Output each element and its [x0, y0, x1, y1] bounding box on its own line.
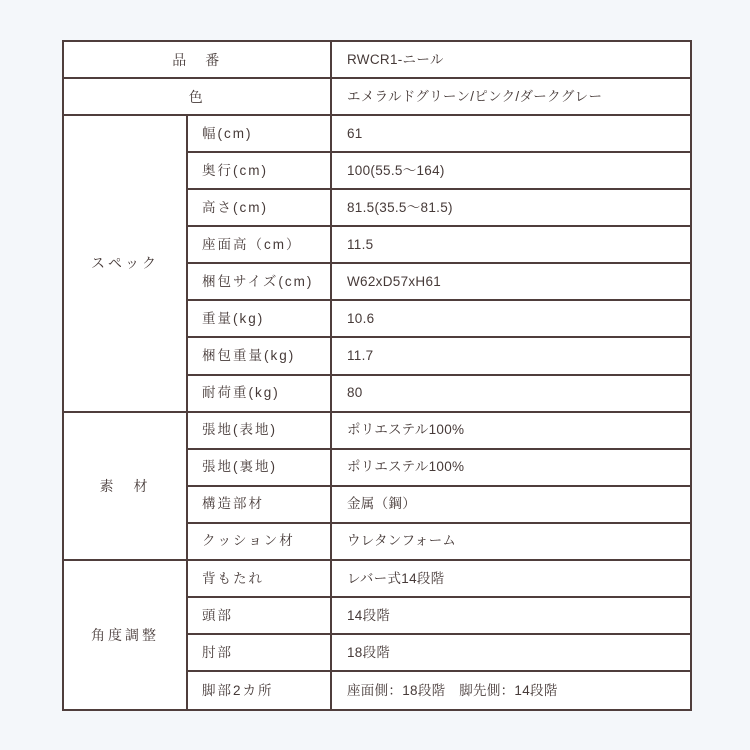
row-label-head: 頭部: [188, 598, 332, 635]
row-value-upholstery-front: ポリエステル100%: [332, 413, 690, 450]
row-value-depth: 100(55.5〜164): [332, 153, 690, 190]
row-value-width: 61: [332, 116, 690, 153]
section-title-material: 素 材: [64, 413, 188, 561]
row-label-color: 色: [64, 79, 332, 116]
row-value-backrest: レバー式14段階: [332, 561, 690, 598]
section-title-spec: スペック: [64, 116, 188, 412]
row-label-seat-height: 座面高（cm）: [188, 227, 332, 264]
row-value-package-weight: 11.7: [332, 338, 690, 375]
row-value-seat-height: 11.5: [332, 227, 690, 264]
row-label-height: 高さ(cm): [188, 190, 332, 227]
row-label-package-weight: 梱包重量(kg): [188, 338, 332, 375]
product-spec-table: 品 番 RWCR1-ニール 色 エメラルドグリーン/ピンク/ダークグレー スペッ…: [62, 40, 692, 711]
row-label-frame-material: 構造部材: [188, 487, 332, 524]
row-label-item-number: 品 番: [64, 42, 332, 79]
row-label-load-capacity: 耐荷重(kg): [188, 376, 332, 413]
row-label-backrest: 背もたれ: [188, 561, 332, 598]
row-value-head: 14段階: [332, 598, 690, 635]
row-label-upholstery-front: 張地(表地): [188, 413, 332, 450]
row-value-legs: 座面側：18段階 脚先側：14段階: [332, 672, 690, 709]
row-value-upholstery-back: ポリエステル100%: [332, 450, 690, 487]
row-label-weight: 重量(kg): [188, 301, 332, 338]
row-value-cushion-material: ウレタンフォーム: [332, 524, 690, 561]
row-label-cushion-material: クッション材: [188, 524, 332, 561]
row-value-weight: 10.6: [332, 301, 690, 338]
row-value-elbow: 18段階: [332, 635, 690, 672]
row-label-width: 幅(cm): [188, 116, 332, 153]
row-value-load-capacity: 80: [332, 376, 690, 413]
row-label-legs: 脚部2カ所: [188, 672, 332, 709]
row-value-frame-material: 金属（鋼）: [332, 487, 690, 524]
row-value-height: 81.5(35.5〜81.5): [332, 190, 690, 227]
row-label-elbow: 肘部: [188, 635, 332, 672]
section-title-angle-adjust: 角度調整: [64, 561, 188, 709]
row-value-color: エメラルドグリーン/ピンク/ダークグレー: [332, 79, 690, 116]
row-label-package-size: 梱包サイズ(cm): [188, 264, 332, 301]
row-label-depth: 奥行(cm): [188, 153, 332, 190]
row-value-package-size: W62xD57xH61: [332, 264, 690, 301]
row-label-upholstery-back: 張地(裏地): [188, 450, 332, 487]
row-value-item-number: RWCR1-ニール: [332, 42, 690, 79]
